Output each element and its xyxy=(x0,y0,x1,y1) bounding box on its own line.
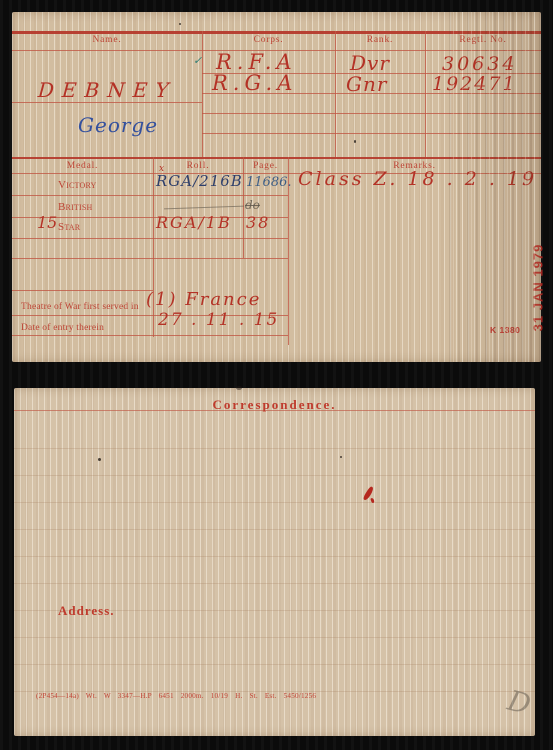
medal-card-front: Name. Corps. Rank. Regtl. No. DEBNEY Geo… xyxy=(12,12,541,362)
medal-row-rule xyxy=(12,238,288,239)
medal-row-rule xyxy=(12,195,288,196)
roll-page-divider xyxy=(243,157,244,258)
rank-column-header: Rank. xyxy=(335,35,425,45)
column-divider xyxy=(425,31,426,157)
paper-speck xyxy=(179,23,181,25)
medal-card-back: Correspondence. Address. (2P454—14a) Wt.… xyxy=(14,388,535,736)
medal-row-label-victory: Victory xyxy=(58,179,97,191)
roll-header: Roll. xyxy=(153,161,243,171)
ditto-pencil-line xyxy=(164,206,244,210)
paper-speck xyxy=(98,458,101,461)
star-15-prefix-handwritten: 15 xyxy=(37,213,57,232)
date-of-entry-label: Date of entry therein xyxy=(21,323,104,333)
medal-row-label-star: Star xyxy=(58,221,80,233)
printer-imprint-code: (2P454—14a) Wt. W 3347—H.P 6451 2000m. 1… xyxy=(36,692,316,700)
surname-handwritten: DEBNEY xyxy=(37,78,177,102)
star-roll-value: RGA/1B xyxy=(156,213,232,232)
medal-row-label-british: British xyxy=(58,201,93,213)
entry-date-underline xyxy=(12,335,288,336)
name-column-header: Name. xyxy=(12,35,202,45)
name-writing-rule xyxy=(12,102,202,103)
corps-column-header: Corps. xyxy=(202,35,335,45)
page-header: Page. xyxy=(243,161,288,171)
correspondence-heading: Correspondence. xyxy=(14,397,535,413)
victory-page-value: 11686. xyxy=(246,175,292,190)
theatre-of-war-value: (1) France xyxy=(146,289,261,310)
rank-entry-2: Gnr xyxy=(346,72,387,96)
medal-header: Medal. xyxy=(12,161,153,171)
medal-row-rule xyxy=(12,290,153,291)
address-heading: Address. xyxy=(58,603,115,619)
tick-mark-icon: ✓ xyxy=(193,54,202,67)
theatre-of-war-label: Theatre of War first served in xyxy=(21,302,139,312)
scanned-document-background: Name. Corps. Rank. Regtl. No. DEBNEY Geo… xyxy=(0,0,553,750)
scan-edge-streaks xyxy=(449,12,541,362)
forename-handwritten: George xyxy=(78,113,158,137)
paper-speck xyxy=(236,386,242,390)
date-of-entry-value: 27 . 11 . 15 xyxy=(158,310,279,330)
faint-ruled-lines xyxy=(14,422,535,696)
ditto-mark: do xyxy=(245,198,260,212)
paper-speck xyxy=(354,140,356,143)
victory-roll-value: RGA/216B xyxy=(156,172,243,190)
star-page-value: 38 xyxy=(246,213,270,232)
column-divider xyxy=(202,31,203,157)
corps-entry-2: R.G.A xyxy=(212,71,297,95)
medal-roll-divider xyxy=(153,157,154,337)
column-divider xyxy=(335,31,336,157)
paper-speck xyxy=(340,456,342,458)
medal-row-rule xyxy=(12,258,288,259)
